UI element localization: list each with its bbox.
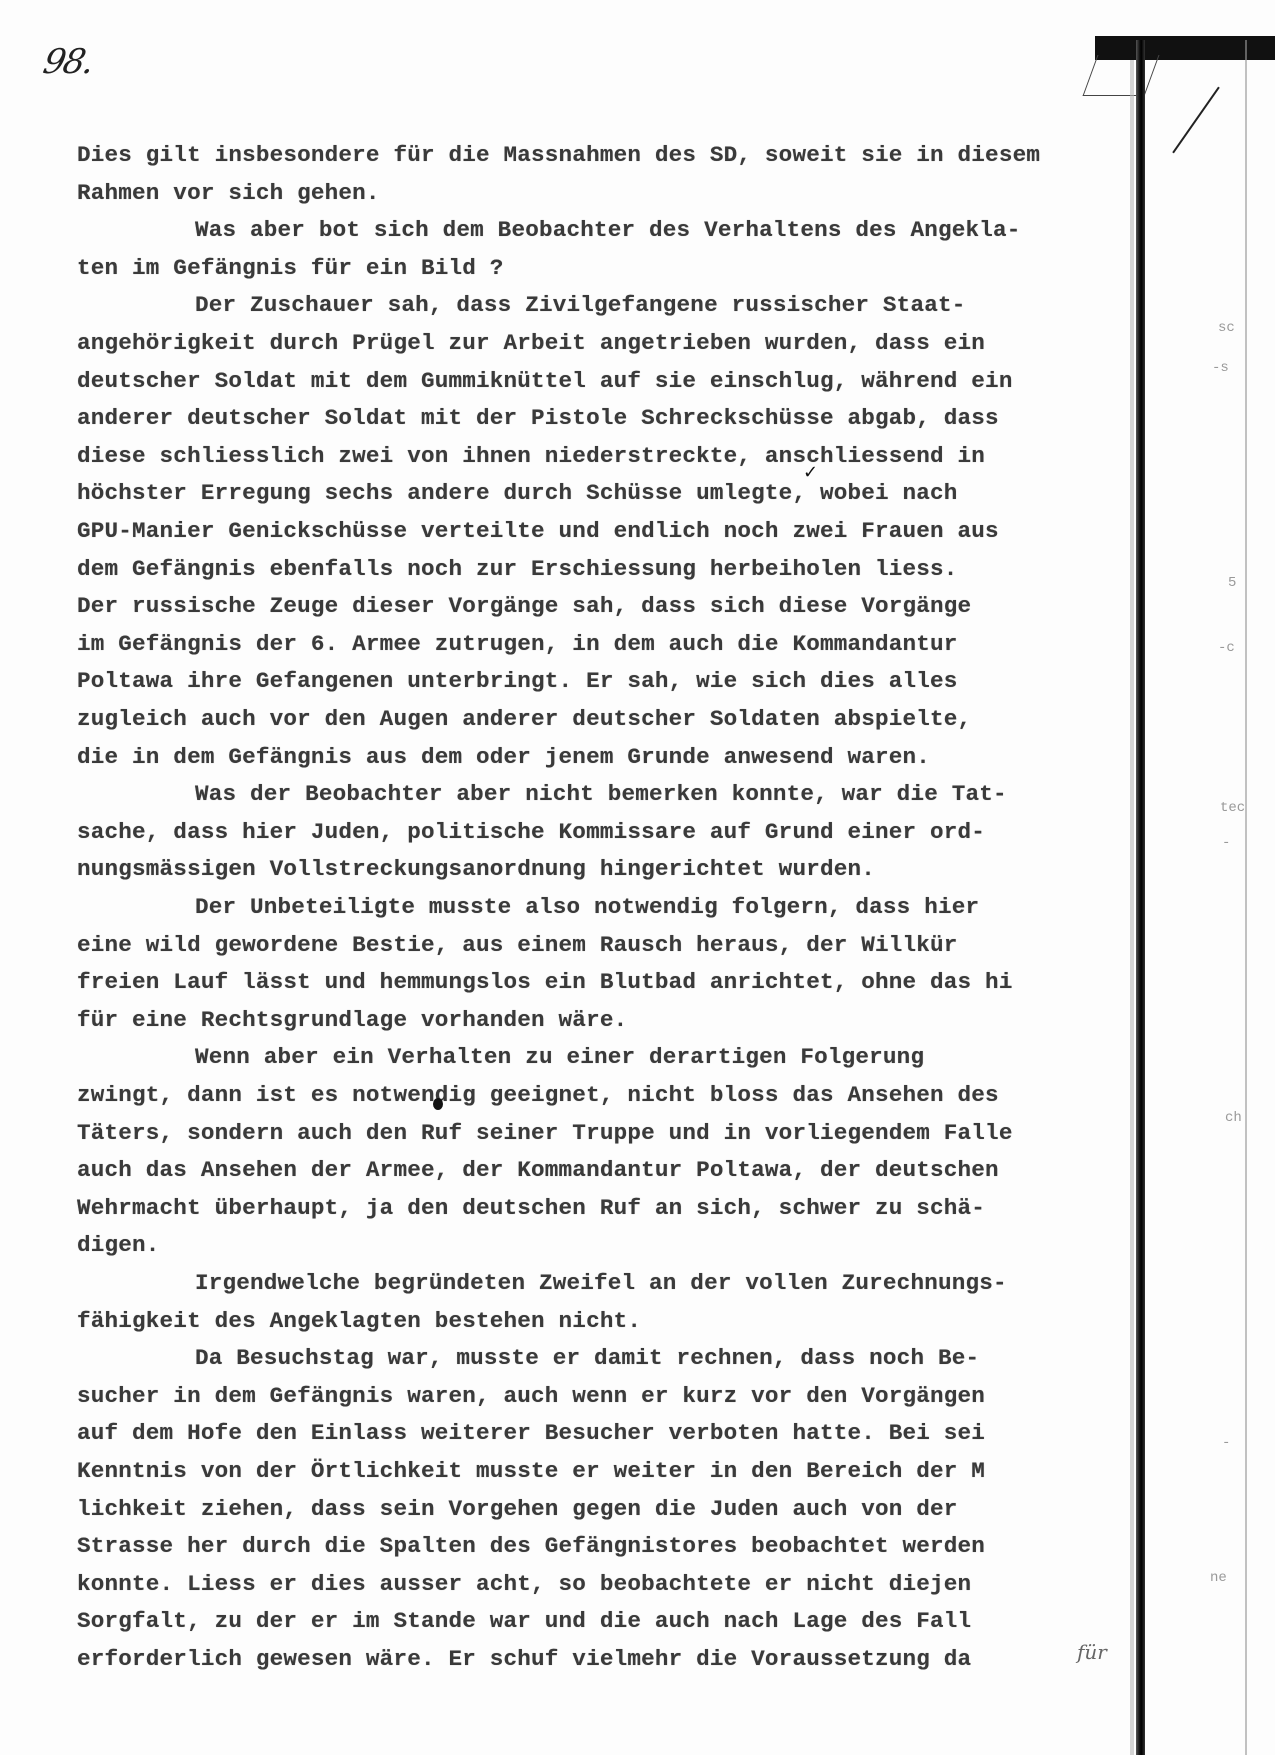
text-line: freien Lauf lässt und hemmungslos ein Bl… xyxy=(77,967,1013,997)
text-line: für eine Rechtsgrundlage vorhanden wäre. xyxy=(77,1005,627,1035)
margin-fragment: ch xyxy=(1225,1110,1242,1126)
text-line: die in dem Gefängnis aus dem oder jenem … xyxy=(77,742,930,772)
text-line: zwingt, dann ist es notwendig geeignet, … xyxy=(77,1080,999,1110)
margin-fragment: -c xyxy=(1218,640,1235,656)
binder-tab xyxy=(1083,55,1160,96)
margin-stroke xyxy=(1172,87,1220,154)
continuation-mark: für xyxy=(1077,1640,1107,1664)
text-line: im Gefängnis der 6. Armee zutrugen, in d… xyxy=(77,629,958,659)
text-line: fähigkeit des Angeklagten bestehen nicht… xyxy=(77,1306,641,1336)
margin-fragment: 5 xyxy=(1228,575,1236,591)
text-line: Kenntnis von der Örtlichkeit musste er w… xyxy=(77,1456,985,1486)
text-line: Was der Beobachter aber nicht bemerken k… xyxy=(195,779,1007,809)
text-line: deutscher Soldat mit dem Gummiknüttel au… xyxy=(77,366,1013,396)
page-edge-rule xyxy=(1245,40,1247,1755)
binding-edge-rule xyxy=(1136,40,1145,1755)
text-line: diese schliesslich zwei von ihnen nieder… xyxy=(77,441,985,471)
text-line: anderer deutscher Soldat mit der Pistole… xyxy=(77,403,999,433)
text-line: Da Besuchstag war, musste er damit rechn… xyxy=(195,1343,979,1373)
text-line: Poltawa ihre Gefangenen unterbringt. Er … xyxy=(77,666,958,696)
text-line: höchster Erregung sechs andere durch Sch… xyxy=(77,478,958,508)
text-line: angehörigkeit durch Prügel zur Arbeit an… xyxy=(77,328,985,358)
text-line: Der russische Zeuge dieser Vorgänge sah,… xyxy=(77,591,971,621)
text-line: Was aber bot sich dem Beobachter des Ver… xyxy=(195,215,1021,245)
text-line: Dies gilt insbesondere für die Massnahme… xyxy=(77,140,1040,170)
text-line: auch das Ansehen der Armee, der Kommanda… xyxy=(77,1155,999,1185)
ink-blot xyxy=(433,1098,443,1110)
margin-shadow xyxy=(1130,60,1134,1755)
text-line: auf dem Hofe den Einlass weiterer Besuch… xyxy=(77,1418,985,1448)
text-line: Wenn aber ein Verhalten zu einer derarti… xyxy=(195,1042,924,1072)
text-line: nungsmässigen Vollstreckungsanordnung hi… xyxy=(77,854,875,884)
text-line: sache, dass hier Juden, politische Kommi… xyxy=(77,817,985,847)
check-mark-annotation: ✓ xyxy=(803,462,818,483)
text-line: Der Zuschauer sah, dass Zivilgefangene r… xyxy=(195,290,965,320)
text-line: Wehrmacht überhaupt, ja den deutschen Ru… xyxy=(77,1193,985,1223)
text-line: konnte. Liess er dies ausser acht, so be… xyxy=(77,1569,971,1599)
margin-fragment: - xyxy=(1222,835,1230,851)
margin-fragment: - xyxy=(1222,1435,1230,1451)
page-number: 98. xyxy=(40,42,97,82)
text-line: erforderlich gewesen wäre. Er schuf viel… xyxy=(77,1644,971,1674)
text-line: dem Gefängnis ebenfalls noch zur Erschie… xyxy=(77,554,958,584)
text-line: digen. xyxy=(77,1230,160,1260)
text-line: Der Unbeteiligte musste also notwendig f… xyxy=(195,892,979,922)
text-line: Täters, sondern auch den Ruf seiner Trup… xyxy=(77,1118,1013,1148)
text-line: ten im Gefängnis für ein Bild ? xyxy=(77,253,504,283)
margin-fragment: sc xyxy=(1218,320,1235,336)
text-line: Strasse her durch die Spalten des Gefäng… xyxy=(77,1531,985,1561)
text-line: sucher in dem Gefängnis waren, auch wenn… xyxy=(77,1381,985,1411)
text-line: Irgendwelche begründeten Zweifel an der … xyxy=(195,1268,1007,1298)
margin-fragment: ne xyxy=(1210,1570,1227,1586)
margin-fragment: -s xyxy=(1212,360,1229,376)
text-line: zugleich auch vor den Augen anderer deut… xyxy=(77,704,971,734)
text-line: Sorgfalt, zu der er im Stande war und di… xyxy=(77,1606,971,1636)
text-line: GPU-Manier Genickschüsse verteilte und e… xyxy=(77,516,999,546)
text-line: Rahmen vor sich gehen. xyxy=(77,178,380,208)
text-line: eine wild gewordene Bestie, aus einem Ra… xyxy=(77,930,958,960)
margin-fragment: tec xyxy=(1220,800,1245,816)
document-page: 98. Dies gilt insbesondere für die Massn… xyxy=(0,0,1275,1755)
text-line: lichkeit ziehen, dass sein Vorgehen gege… xyxy=(77,1494,958,1524)
